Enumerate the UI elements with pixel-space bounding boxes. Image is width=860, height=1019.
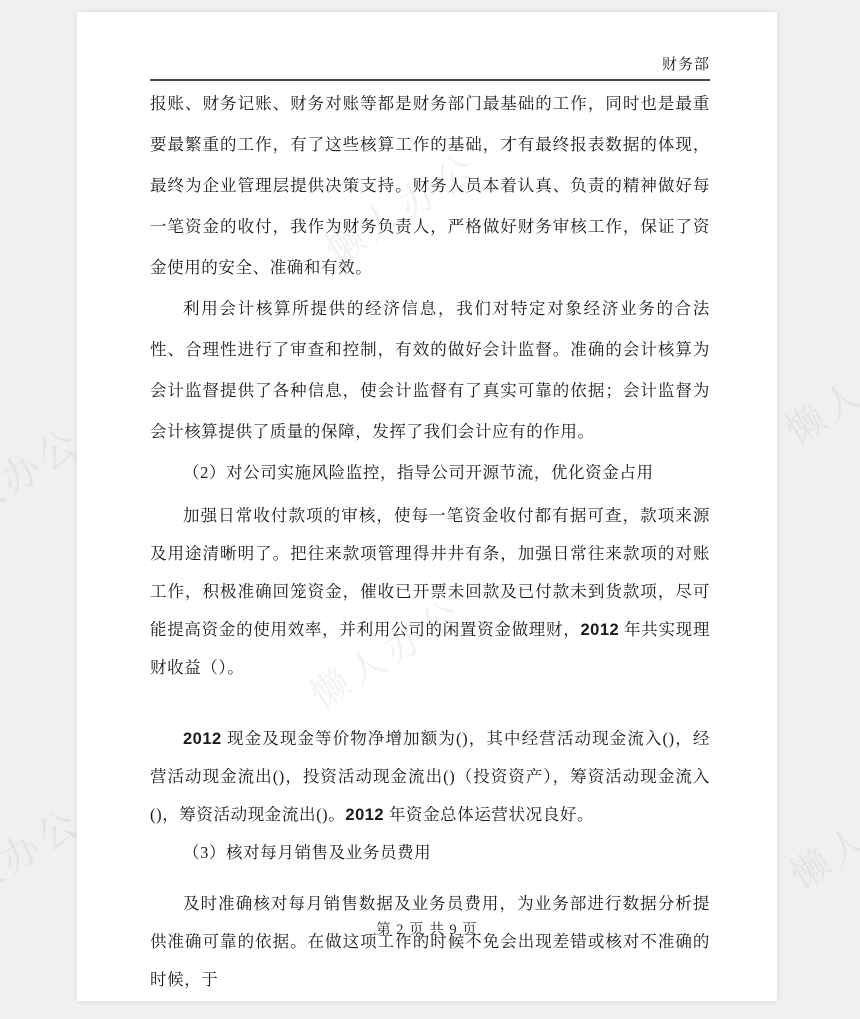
heading-item-3: （3）核对每月销售及业务员费用: [150, 834, 710, 872]
text-run: 利用会计核算所提供的经济信息，我们对特定对象经济业务的合法性、合理性进行了审查和…: [150, 299, 710, 441]
paragraph-monthly-sales-check: 及时准确核对每月销售数据及业务员费用，为业务部进行数据分析提供准确可靠的依据。在…: [150, 885, 710, 999]
document-page: 懒人办公 懒人办公 懒人办公 懒人办公 懒人办公 懒人办公 财务部 报账、财务记…: [77, 12, 777, 1001]
header-department-label: 财务部: [662, 57, 710, 73]
heading-item-2: （2）对公司实施风险监控，指导公司开源节流，优化资金占用: [150, 452, 710, 493]
text-run: 报账、财务记账、财务对账等都是财务部门最基础的工作，同时也是最重要最繁重的工作，…: [150, 94, 710, 277]
document-body: 报账、财务记账、财务对账等都是财务部门最基础的工作，同时也是最重要最繁重的工作，…: [150, 83, 710, 999]
paragraph-accounting-basics: 报账、财务记账、财务对账等都是财务部门最基础的工作，同时也是最重要最繁重的工作，…: [150, 83, 710, 288]
watermark: 懒人办公: [0, 423, 88, 546]
paragraph-cash-flow: 2012 现金及现金等价物净增加额为()，其中经营活动现金流入()，经营活动现金…: [150, 720, 710, 834]
page-number-text: 第 2 页 共 9 页: [376, 922, 478, 938]
text-run: 及时准确核对每月销售数据及业务员费用，为业务部进行数据分析提供准确可靠的依据。在…: [150, 894, 710, 989]
watermark: 懒人办公: [0, 803, 88, 926]
text-run: （2）对公司实施风险监控，指导公司开源节流，优化资金占用: [183, 463, 654, 482]
page-number-footer: 第 2 页 共 9 页: [77, 920, 777, 940]
header-rule: [150, 79, 710, 81]
page-content: 财务部 报账、财务记账、财务对账等都是财务部门最基础的工作，同时也是最重要最繁重…: [77, 12, 777, 999]
text-run: （3）核对每月销售及业务员费用: [183, 843, 431, 862]
year-number: 2012: [580, 621, 619, 639]
year-number: 2012: [183, 730, 222, 748]
watermark: 懒人办公: [785, 773, 860, 896]
paragraph-payment-review: 加强日常收付款项的审核，使每一笔资金收付都有据可查，款项来源及用途清晰明了。把往…: [150, 497, 710, 687]
year-number: 2012: [345, 806, 384, 824]
document-header: 财务部: [150, 12, 710, 76]
watermark: 懒人办公: [780, 328, 860, 451]
text-run: 年资金总体运营状况良好。: [384, 805, 594, 824]
desktop-background: 懒人办公 懒人办公 懒人办公 懒人办公 懒人办公 懒人办公 财务部 报账、财务记…: [0, 0, 860, 1019]
paragraph-accounting-supervision: 利用会计核算所提供的经济信息，我们对特定对象经济业务的合法性、合理性进行了审查和…: [150, 288, 710, 452]
